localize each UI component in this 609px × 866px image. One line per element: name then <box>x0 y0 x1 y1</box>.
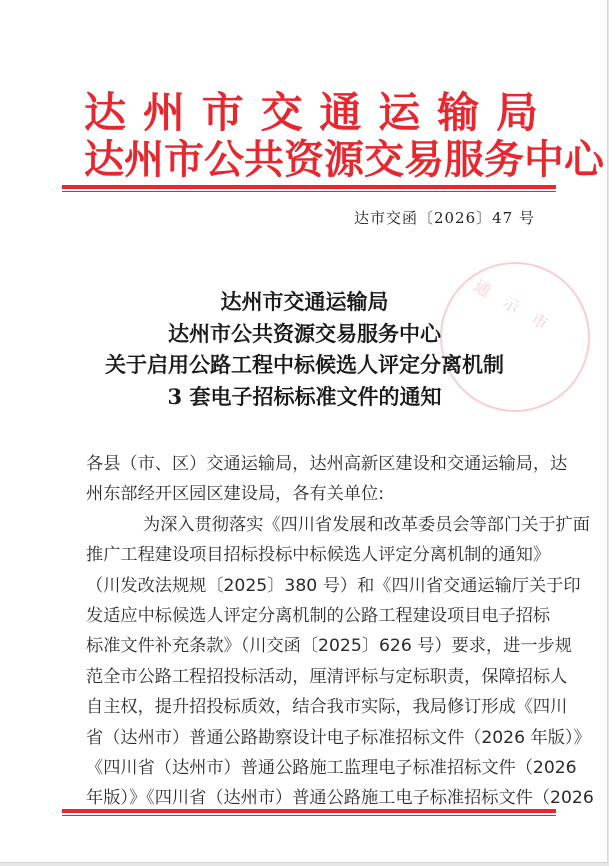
body-line: 省（达州市）普通公路勘察设计电子标准招标文件（2026 年版）》 <box>86 723 538 753</box>
document-number: 达市交函〔2026〕47 号 <box>354 207 535 229</box>
notice-title: 达州市交通运输局 达州市公共资源交易服务中心 关于启用公路工程中标候选人评定分离… <box>0 286 608 412</box>
body-line: 标准文件补充条款》（川交函〔2025〕626 号）要求，进一步规 <box>86 631 538 661</box>
body-line: 《四川省（达州市）普通公路施工监理电子标准招标文件（2026 <box>86 753 538 783</box>
body-line: 范全市公路工程招投标活动，厘清评标与定标职责，保障招标人 <box>86 662 538 692</box>
red-header-rule <box>62 185 556 189</box>
title-line: 达州市公共资源交易服务中心 <box>0 318 608 350</box>
notice-body: 各县（市、区）交通运输局，达州高新区建设和交通运输局，达 州东部经开区园区建设局… <box>86 449 538 814</box>
body-line: 为深入贯彻落实《四川省发展和改革委员会等部门关于扩面 <box>86 510 538 540</box>
letterhead-public-resource-center: 达州市公共资源交易服务中心 <box>84 136 538 184</box>
body-line: 发适应中标候选人评定分离机制的公路工程建设项目电子招标 <box>86 601 538 631</box>
title-line: 达州市交通运输局 <box>0 286 608 318</box>
red-footer-rule <box>62 809 556 813</box>
body-line: （川发改法规规〔2025〕380 号）和《四川省交通运输厅关于印 <box>86 571 538 601</box>
document-page: 达 州 市 交 通 运 输 局 达州市公共资源交易服务中心 达市交函〔2026〕… <box>0 0 608 863</box>
letterhead-transport-bureau: 达 州 市 交 通 运 输 局 <box>84 88 538 138</box>
title-line: 3 套电子招标标准文件的通知 <box>0 381 608 413</box>
body-line-addressees: 州东部经开区园区建设局，各有关单位: <box>86 479 538 509</box>
title-line: 关于启用公路工程中标候选人评定分离机制 <box>0 349 608 381</box>
body-line: 推广工程建设项目招标投标中标候选人评定分离机制的通知》 <box>86 540 538 570</box>
body-line-addressees: 各县（市、区）交通运输局，达州高新区建设和交通运输局，达 <box>86 449 538 479</box>
body-line: 自主权，提升招投标质效，结合我市实际，我局修订形成《四川 <box>86 692 538 722</box>
